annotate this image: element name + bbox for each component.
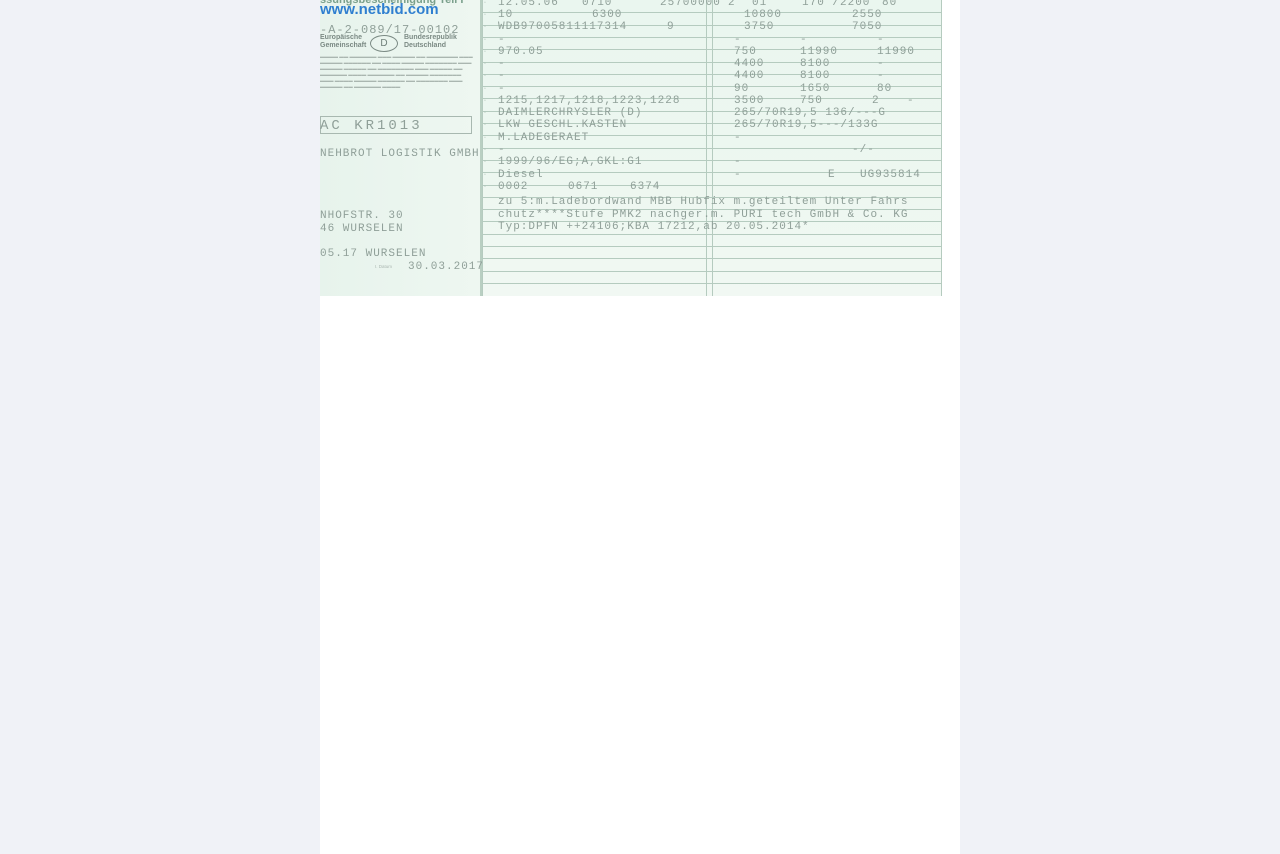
eu-label-line1: Europäische <box>320 34 366 42</box>
field-value: 0710 <box>582 0 612 9</box>
field-value: - <box>498 34 506 46</box>
field-value: - <box>734 34 742 46</box>
field-number-marker: ▫ <box>484 159 486 165</box>
country-line1: Bundesrepublik <box>404 34 457 42</box>
fine-print: ▬▬▬▬ ▬▬ ▬▬▬▬▬▬ ▬▬▬ ▬▬▬▬▬ ▬▬ ▬▬▬▬▬▬▬ ▬▬▬ … <box>320 54 475 90</box>
field-value: 1650 <box>800 83 830 95</box>
eu-label-line2: Gemeinschaft <box>320 42 366 50</box>
owner-street: NHOFSTR. 30 <box>320 210 404 222</box>
field-value: 7050 <box>852 21 882 33</box>
owner-city: 46 WURSELEN <box>320 223 404 235</box>
field-number-marker: ▫ <box>484 122 486 128</box>
field-value: -/- <box>852 144 875 156</box>
grid-line <box>482 185 942 186</box>
field-value: - <box>877 34 885 46</box>
field-value: - <box>498 70 506 82</box>
field-number-marker: ▫ <box>484 110 486 116</box>
field-number-marker: ▫ <box>484 49 486 55</box>
field-number-marker: ▫ <box>484 61 486 67</box>
field-value: E <box>828 169 836 181</box>
grid-line <box>482 37 942 38</box>
field-value: 4400 <box>734 58 764 70</box>
valid-until-place: 05.17 WURSELEN <box>320 248 426 260</box>
grid-line <box>482 62 942 63</box>
field-value: 3750 <box>744 21 774 33</box>
field-value: UG935814 <box>860 169 921 181</box>
watermark-url: www.netbid.com <box>320 1 439 18</box>
field-value: 0671 <box>568 181 598 193</box>
field-value: 1215,1217,1218,1223,1228 <box>498 95 680 107</box>
field-value: Diesel <box>498 169 544 181</box>
remarks-line: Typ:DPFN ++24106;KBA 17212,ab 20.05.2014… <box>498 221 810 233</box>
field-number-marker: ▫ <box>484 135 486 141</box>
grid-line <box>482 271 942 272</box>
field-value: 2 <box>872 95 880 107</box>
field-number-marker: ▫ <box>484 172 486 178</box>
field-value: 11990 <box>877 46 915 58</box>
field-value: 265/70R19,5 136/---G <box>734 107 886 119</box>
country-label: Bundesrepublik Deutschland <box>404 34 457 50</box>
field-value: 2550 <box>852 9 882 21</box>
field-value: - <box>498 58 506 70</box>
country-code-badge: D <box>370 35 398 52</box>
field-value: 6374 <box>630 181 660 193</box>
fields-grid: 12.05.06071025700000▫106300▫WDB970058111… <box>482 0 942 296</box>
grid-line <box>482 49 942 50</box>
remarks-line: chutz****Stufe PMK2 nachger.m. PURI tech… <box>498 209 908 221</box>
field-value: M.LADEGERAET <box>498 132 589 144</box>
field-value: - <box>800 34 808 46</box>
field-value: - <box>498 83 506 95</box>
field-value: 80 <box>882 0 897 9</box>
field-value: - <box>498 144 506 156</box>
remarks-line: zu 5:m.Ladebordwand MBB Hubfix m.geteilt… <box>498 196 908 208</box>
grid-line <box>482 283 942 284</box>
field-number-marker: ▫ <box>484 0 486 6</box>
field-value: - <box>734 169 742 181</box>
issue-date: 30.03.2017 <box>408 261 484 273</box>
field-value: - <box>734 156 742 168</box>
field-value: 25700000 <box>660 0 721 9</box>
grid-line <box>482 74 942 75</box>
field-value: 6300 <box>592 9 622 21</box>
field-value: 8100 <box>800 58 830 70</box>
issue-date-label: I. Datum <box>375 264 392 269</box>
field-value: 265/70R19,5---/133G <box>734 119 878 131</box>
field-value: 970.05 <box>498 46 544 58</box>
field-value: - <box>734 132 742 144</box>
field-value: 3500 <box>734 95 764 107</box>
grid-line <box>482 258 942 259</box>
field-value: 4400 <box>734 70 764 82</box>
grid-line <box>482 86 942 87</box>
field-value: 11990 <box>800 46 838 58</box>
field-value: - <box>907 95 915 107</box>
field-value: 90 <box>734 83 749 95</box>
license-plate: AC KR1013 <box>320 118 423 134</box>
field-value: - <box>877 58 885 70</box>
field-value: 1999/96/EG;A,GKL:G1 <box>498 156 642 168</box>
owner-name: NEHBROT LOGISTIK GMBH <box>320 148 480 160</box>
field-value: DAIMLERCHRYSLER (D) <box>498 107 642 119</box>
field-value: 10800 <box>744 9 782 21</box>
field-value: 2 <box>728 0 736 9</box>
field-value: 750 <box>734 46 757 58</box>
field-value: 170 /2200 <box>802 0 870 9</box>
field-number-marker: ▫ <box>484 86 486 92</box>
field-number-marker: ▫ <box>484 98 486 104</box>
grid-line <box>482 234 942 235</box>
field-value: 10 <box>498 9 513 21</box>
document-page: ssungsbescheinigung Teil I www.netbid.co… <box>320 0 960 854</box>
field-value: 12.05.06 <box>498 0 559 9</box>
field-value: 8100 <box>800 70 830 82</box>
field-value: 80 <box>877 83 892 95</box>
field-value: 9 <box>667 21 675 33</box>
field-value: LKW GESCHL.KASTEN <box>498 119 627 131</box>
field-value: - <box>877 70 885 82</box>
field-number-marker: ▫ <box>484 73 486 79</box>
field-number-marker: ▫ <box>484 12 486 18</box>
field-number-marker: ▫ <box>484 147 486 153</box>
left-column: ssungsbescheinigung Teil I www.netbid.co… <box>320 0 482 296</box>
eu-label: Europäische Gemeinschaft <box>320 34 366 50</box>
field-number-marker: ▫ <box>484 184 486 190</box>
field-number-marker: ▫ <box>484 37 486 43</box>
grid-line <box>482 246 942 247</box>
field-number-marker: ▫ <box>484 24 486 30</box>
field-value: 750 <box>800 95 823 107</box>
country-line2: Deutschland <box>404 42 457 50</box>
field-value: 0002 <box>498 181 528 193</box>
registration-scan-image: ssungsbescheinigung Teil I www.netbid.co… <box>320 0 942 296</box>
field-value: 01 <box>752 0 767 9</box>
field-value: WDB97005811117314 <box>498 21 627 33</box>
